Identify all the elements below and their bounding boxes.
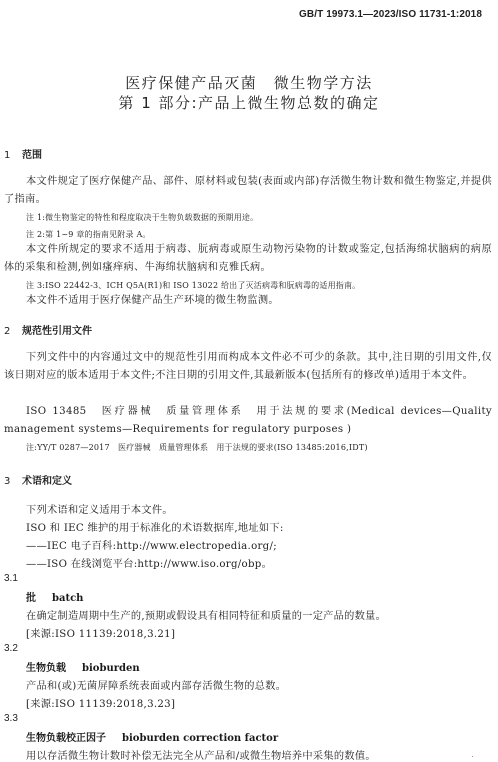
standard-number-header: GB/T 19973.1—2023/ISO 11731-1:2018 xyxy=(299,9,482,20)
clause-number: 3.1 xyxy=(4,573,18,584)
term-source: [来源:ISO 11139:2018,3.23] xyxy=(26,695,175,710)
iec-electropedia-link[interactable]: ——IEC 电子百科:http://www.electropedia.org/; xyxy=(26,537,277,552)
scope-paragraph-1: 本文件规定了医疗保健产品、部件、原材料或包装(表面或内部)存活微生物计数和微生物… xyxy=(4,173,492,209)
section-title: 范围 xyxy=(22,150,42,161)
scan-artifact-dot xyxy=(472,756,473,757)
normative-paragraph-1: 下列文件中的内容通过文中的规范性引用而构成本文件必不可少的条款。其中,注日期的引… xyxy=(4,349,492,385)
section-heading-scope: 1范围 xyxy=(4,146,42,161)
clause-number: 3.3 xyxy=(4,713,18,724)
term-batch: 批batch xyxy=(26,589,83,604)
term-bioburden: 生物负载bioburden xyxy=(26,659,140,674)
term-source: [来源:ISO 11139:2018,3.21] xyxy=(26,625,175,640)
term-zh: 批 xyxy=(26,593,36,604)
term-en: bioburden correction factor xyxy=(122,733,278,744)
normative-note: 注:YY/T 0287—2017 医疗器械 质量管理体系 用于法规的要求(ISO… xyxy=(26,442,368,453)
term-bioburden-correction-factor: 生物负载校正因子bioburden correction factor xyxy=(26,729,278,744)
term-definition: 产品和(或)无菌屏障系统表面或内部存活微生物的总数。 xyxy=(26,677,286,692)
section-title: 规范性引用文件 xyxy=(22,326,92,337)
document-title-line-2: 第 1 部分:产品上微生物总数的确定 xyxy=(0,92,498,113)
section-heading-normative-references: 2规范性引用文件 xyxy=(4,322,92,337)
terms-intro: 下列术语和定义适用于本文件。 xyxy=(26,501,173,516)
document-title-line-1: 医疗保健产品灭菌 微生物学方法 xyxy=(0,72,498,93)
section-title: 术语和定义 xyxy=(22,476,72,487)
iso-obp-link[interactable]: ——ISO 在线浏览平台:http://www.iso.org/obp。 xyxy=(26,555,272,570)
term-definition: 在确定制造周期中生产的,预期或假设具有相同特征和质量的一定产品的数量。 xyxy=(26,607,386,622)
section-number: 2 xyxy=(4,326,22,337)
normative-reference-iso-13485: ISO 13485 医疗器械 质量管理体系 用于法规的要求(Medical de… xyxy=(4,403,492,439)
scope-note-1: 注 1:微生物鉴定的特性和程度取决于生物负载数据的预期用途。 xyxy=(26,212,258,223)
scope-note-3: 注 3:ISO 22442-3、ICH Q5A(R1)和 ISO 13022 给… xyxy=(26,280,360,291)
term-zh: 生物负载 xyxy=(26,663,66,674)
scope-paragraph-3: 本文件不适用于医疗保健产品生产环境的微生物监测。 xyxy=(4,292,492,310)
scope-note-2: 注 2:第 1~9 章的指南见附录 A。 xyxy=(26,229,151,240)
section-heading-terms-definitions: 3术语和定义 xyxy=(4,472,72,487)
document-page: GB/T 19973.1—2023/ISO 11731-1:2018 医疗保健产… xyxy=(0,0,498,762)
term-zh: 生物负载校正因子 xyxy=(26,733,106,744)
clause-number: 3.2 xyxy=(4,643,18,654)
scope-paragraph-2: 本文件所规定的要求不适用于病毒、朊病毒或原生动物污染物的计数或鉴定,包括海绵状脑… xyxy=(4,241,492,277)
section-number: 1 xyxy=(4,150,22,161)
term-definition: 用以存活微生物计数时补偿无法完全从产品和/或微生物培养中采集的数值。 xyxy=(26,747,376,762)
section-number: 3 xyxy=(4,476,22,487)
term-en: batch xyxy=(52,593,83,604)
term-en: bioburden xyxy=(82,663,140,674)
terms-database-intro: ISO 和 IEC 维护的用于标准化的术语数据库,地址如下: xyxy=(26,519,284,534)
